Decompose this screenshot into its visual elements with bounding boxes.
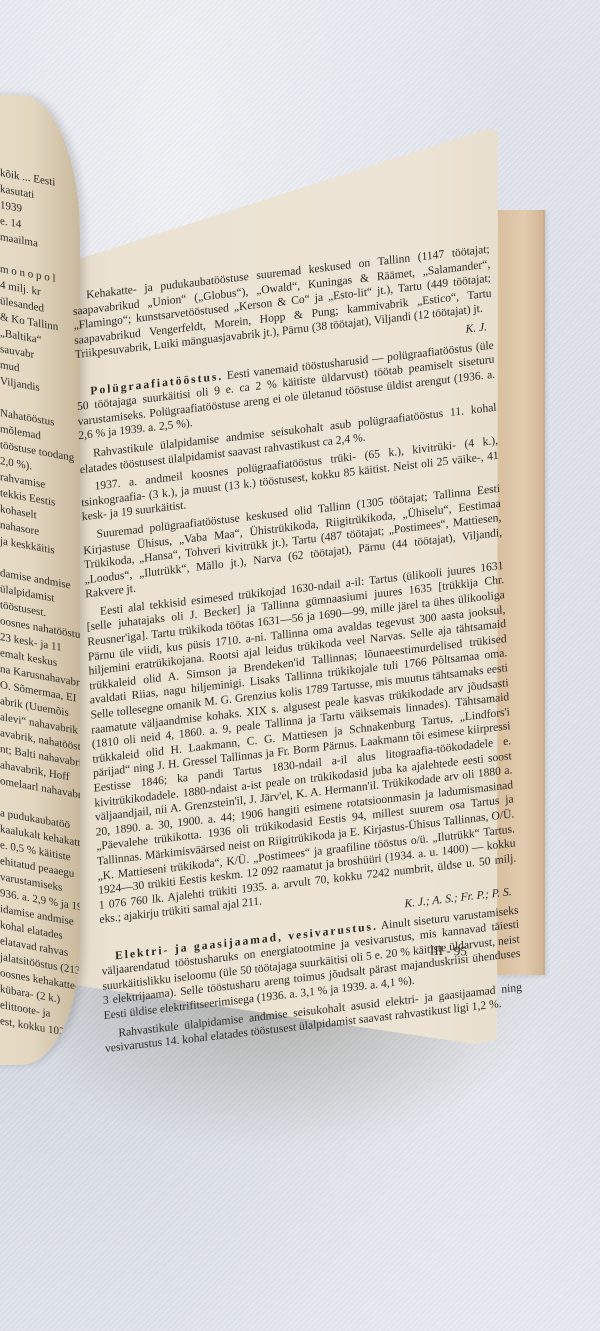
right-page-text-block: Kehakatte- ja pudukaubatööstuse suuremad… <box>72 242 523 1060</box>
left-book-page-curled: kõik ... Eestikasutati1939e. 14maailmam … <box>0 95 80 1065</box>
page-number: III - 95 <box>430 943 467 960</box>
paragraph-ajalugu: Eesti alal tekkisid esimesed trükikojad … <box>86 559 517 928</box>
left-page-text: kõik ... Eestikasutati1939e. 14maailmam … <box>0 165 80 1043</box>
